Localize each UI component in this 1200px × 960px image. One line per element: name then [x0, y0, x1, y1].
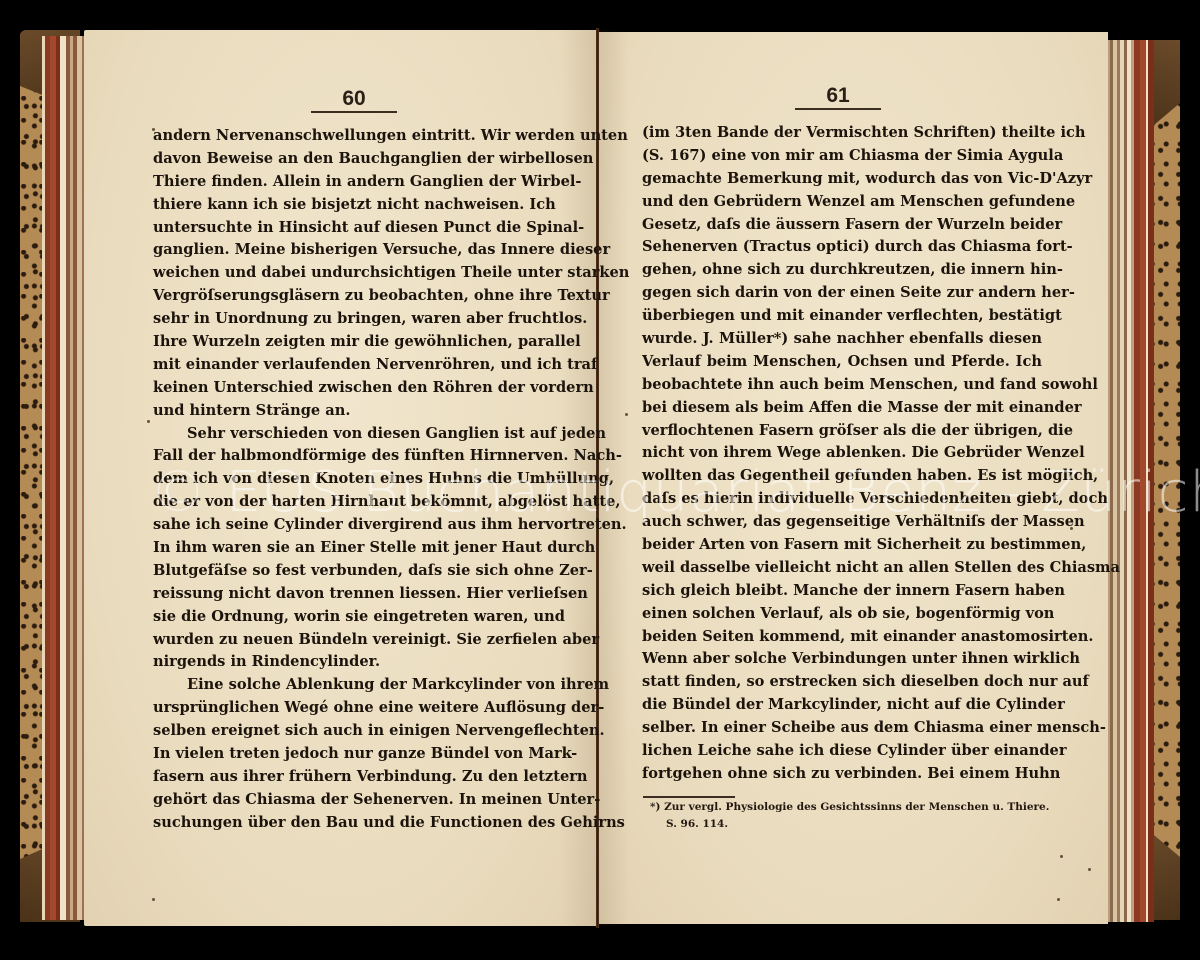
page-number-rule: [311, 111, 397, 113]
text-line: weil dasselbe vielleicht nicht an allen …: [642, 557, 1042, 580]
page-number-rule: [795, 108, 881, 110]
text-line: und hintern Stränge an.: [153, 400, 551, 423]
text-line: sie die Ordnung, worin sie eingetreten w…: [153, 606, 551, 629]
text-line: In ihm waren sie an Einer Stelle mit jen…: [153, 537, 551, 560]
text-line: beider Arten von Fasern mit Sicherheit z…: [642, 534, 1042, 557]
text-line: davon Beweise an den Bauchganglien der w…: [153, 148, 551, 171]
text-line: Gesetz, daſs die äussern Fasern der Wurz…: [642, 214, 1042, 237]
text-line: In vielen treten jedoch nur ganze Bündel…: [153, 743, 551, 766]
text-line: gehört das Chiasma der Sehenerven. In me…: [153, 789, 551, 812]
text-line: verflochtenen Fasern gröſser als die der…: [642, 420, 1042, 443]
text-line: sich gleich bleibt. Manche der innern Fa…: [642, 580, 1042, 603]
text-line: (im 3ten Bande der Vermischten Schriften…: [642, 122, 1042, 145]
text-line: wurde. J. Müller*) sahe nachher ebenfall…: [642, 328, 1042, 351]
footnote-rule: [643, 796, 735, 798]
text-line: die er von der harten Hirnhaut bekömmt, …: [153, 491, 551, 514]
text-line: beobachtete ihn auch beim Menschen, und …: [642, 374, 1042, 397]
text-line: reissung nicht davon trennen liessen. Hi…: [153, 583, 551, 606]
text-line: Sehr verschieden von diesen Ganglien ist…: [153, 423, 551, 446]
text-line: nicht von ihrem Wege ablenken. Die Gebrü…: [642, 442, 1042, 465]
text-line: dem ich von diesen Knoten eines Huhns di…: [153, 468, 551, 491]
text-line: Ihre Wurzeln zeigten mir die gewöhnliche…: [153, 331, 551, 354]
text-line: sahe ich seine Cylinder divergirend aus …: [153, 514, 551, 537]
text-line: gemachte Bemerkung mit, wodurch das von …: [642, 168, 1042, 191]
text-line: wurden zu neuen Bündeln vereinigt. Sie z…: [153, 629, 551, 652]
text-line: Eine solche Ablenkung der Markcylinder v…: [153, 674, 551, 697]
foxing-spot: [625, 413, 628, 416]
text-line: sehr in Unordnung zu bringen, waren aber…: [153, 308, 551, 331]
page-number-left: 60: [304, 87, 404, 111]
text-line: (S. 167) eine von mir am Chiasma der Sim…: [642, 145, 1042, 168]
text-line: ganglien. Meine bisherigen Versuche, das…: [153, 239, 551, 262]
text-line: thiere kann ich sie bisjetzt nicht nachw…: [153, 194, 551, 217]
text-line: und den Gebrüdern Wenzel am Menschen gef…: [642, 191, 1042, 214]
text-line: untersuchte in Hinsicht auf diesen Punct…: [153, 217, 551, 240]
text-line: selben ereignet sich auch in einigen Ner…: [153, 720, 551, 743]
text-line: mit einander verlaufenden Nervenröhren, …: [153, 354, 551, 377]
text-line: weichen und dabei undurchsichtigen Theil…: [153, 262, 551, 285]
text-line: fasern aus ihrer frühern Verbindung. Zu …: [153, 766, 551, 789]
right-page-text: (im 3ten Bande der Vermischten Schriften…: [642, 122, 1042, 786]
text-line: auch schwer, das gegenseitige Verhältniſ…: [642, 511, 1042, 534]
text-line: Blutgefäſse so fest verbunden, daſs sie …: [153, 560, 551, 583]
text-line: Sehenerven (Tractus optici) durch das Ch…: [642, 236, 1042, 259]
text-line: gegen sich darin von der einen Seite zur…: [642, 282, 1042, 305]
text-line: Verlauf beim Menschen, Ochsen und Pferde…: [642, 351, 1042, 374]
text-line: statt finden, so erstrecken sich dieselb…: [642, 671, 1042, 694]
text-line: keinen Unterschied zwischen den Röhren d…: [153, 377, 551, 400]
text-line: selber. In einer Scheibe aus dem Chiasma…: [642, 717, 1042, 740]
text-line: beiden Seiten kommend, mit einander anas…: [642, 626, 1042, 649]
foxing-spot: [1057, 898, 1060, 901]
text-line: überbiegen und mit einander verflechten,…: [642, 305, 1042, 328]
text-line: Vergröſserungsgläsern zu beobachten, ohn…: [153, 285, 551, 308]
text-line: gehen, ohne sich zu durchkreutzen, die i…: [642, 259, 1042, 282]
text-line: daſs es hierin individuelle Verschiedenh…: [642, 488, 1042, 511]
text-line: fortgehen ohne sich zu verbinden. Bei ei…: [642, 763, 1042, 786]
text-line: suchungen über den Bau und die Functione…: [153, 812, 551, 835]
foxing-spot: [1088, 868, 1091, 871]
text-line: andern Nervenanschwellungen eintritt. Wi…: [153, 125, 551, 148]
text-line: einen solchen Verlauf, als ob sie, bogen…: [642, 603, 1042, 626]
footnote: *) Zur vergl. Physiologie des Gesichtssi…: [650, 799, 1045, 833]
text-line: nirgends in Rindencylinder.: [153, 651, 551, 674]
text-line: Fall der halbmondförmige des fünften Hir…: [153, 445, 551, 468]
footnote-line: *) Zur vergl. Physiologie des Gesichtssi…: [650, 799, 1045, 816]
foxing-spot: [1060, 855, 1063, 858]
text-line: Thiere finden. Allein in andern Ganglien…: [153, 171, 551, 194]
text-line: lichen Leiche sahe ich diese Cylinder üb…: [642, 740, 1042, 763]
left-page-text: andern Nervenanschwellungen eintritt. Wi…: [153, 125, 551, 835]
page-edges-left: [42, 36, 86, 920]
page-edges-right: [1106, 40, 1154, 922]
footnote-line: S. 96. 114.: [650, 816, 1045, 833]
foxing-spot: [152, 898, 155, 901]
text-line: die Bündel der Markcylinder, nicht auf d…: [642, 694, 1042, 717]
page-number-right: 61: [788, 84, 888, 108]
foxing-spot: [147, 420, 150, 423]
text-line: wollten das Gegentheil gefunden haben. E…: [642, 465, 1042, 488]
text-line: ursprünglichen Wegé ohne eine weitere Au…: [153, 697, 551, 720]
text-line: Wenn aber solche Verbindungen unter ihne…: [642, 648, 1042, 671]
text-line: bei diesem als beim Affen die Masse der …: [642, 397, 1042, 420]
